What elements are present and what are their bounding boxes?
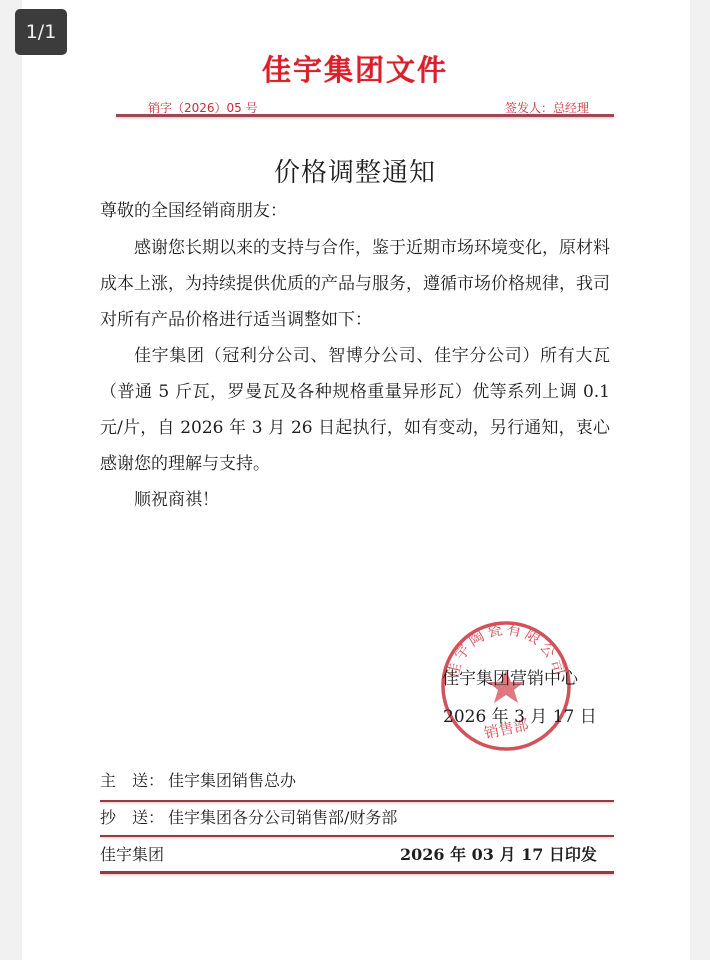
page-indicator: 1/1 <box>15 9 67 55</box>
main-recipient-label: 主 送： <box>100 768 168 791</box>
salutation: 尊敬的全国经销商朋友： <box>100 196 287 221</box>
closing-line: 顺祝商祺！ <box>134 485 219 510</box>
signature-organization: 佳宇集团营销中心 <box>442 664 578 689</box>
issuer-row: 佳宇集团 2026 年 03 月 17 日印发 <box>100 842 614 865</box>
header-divider <box>116 114 614 117</box>
body-paragraph: 感谢您长期以来的支持与合作，鉴于近期市场环境变化，原材料成本上涨，为持续提供优质… <box>100 230 610 338</box>
main-recipient-row: 主 送：佳宇集团销售总办 <box>100 768 614 791</box>
notice-title: 价格调整通知 <box>0 152 710 189</box>
copy-recipient-row: 抄 送：佳宇集团各分公司销售部/财务部 <box>100 805 614 828</box>
divider <box>100 835 614 837</box>
body-paragraph: 佳宇集团（冠利分公司、智博分公司、佳宇分公司）所有大瓦（普通 5 斤瓦，罗曼瓦及… <box>100 338 610 482</box>
copy-recipient-label: 抄 送： <box>100 805 168 828</box>
copy-recipient: 佳宇集团各分公司销售部/财务部 <box>168 808 397 827</box>
issuer: 佳宇集团 <box>100 845 164 864</box>
document-header-title: 佳宇集团文件 <box>0 48 710 89</box>
signature-date: 2026 年 3 月 17 日 <box>443 702 597 727</box>
main-recipient: 佳宇集团销售总办 <box>168 771 296 790</box>
divider <box>100 800 614 802</box>
footer-divider <box>100 871 614 874</box>
issue-date: 2026 年 03 月 17 日印发 <box>400 842 597 865</box>
